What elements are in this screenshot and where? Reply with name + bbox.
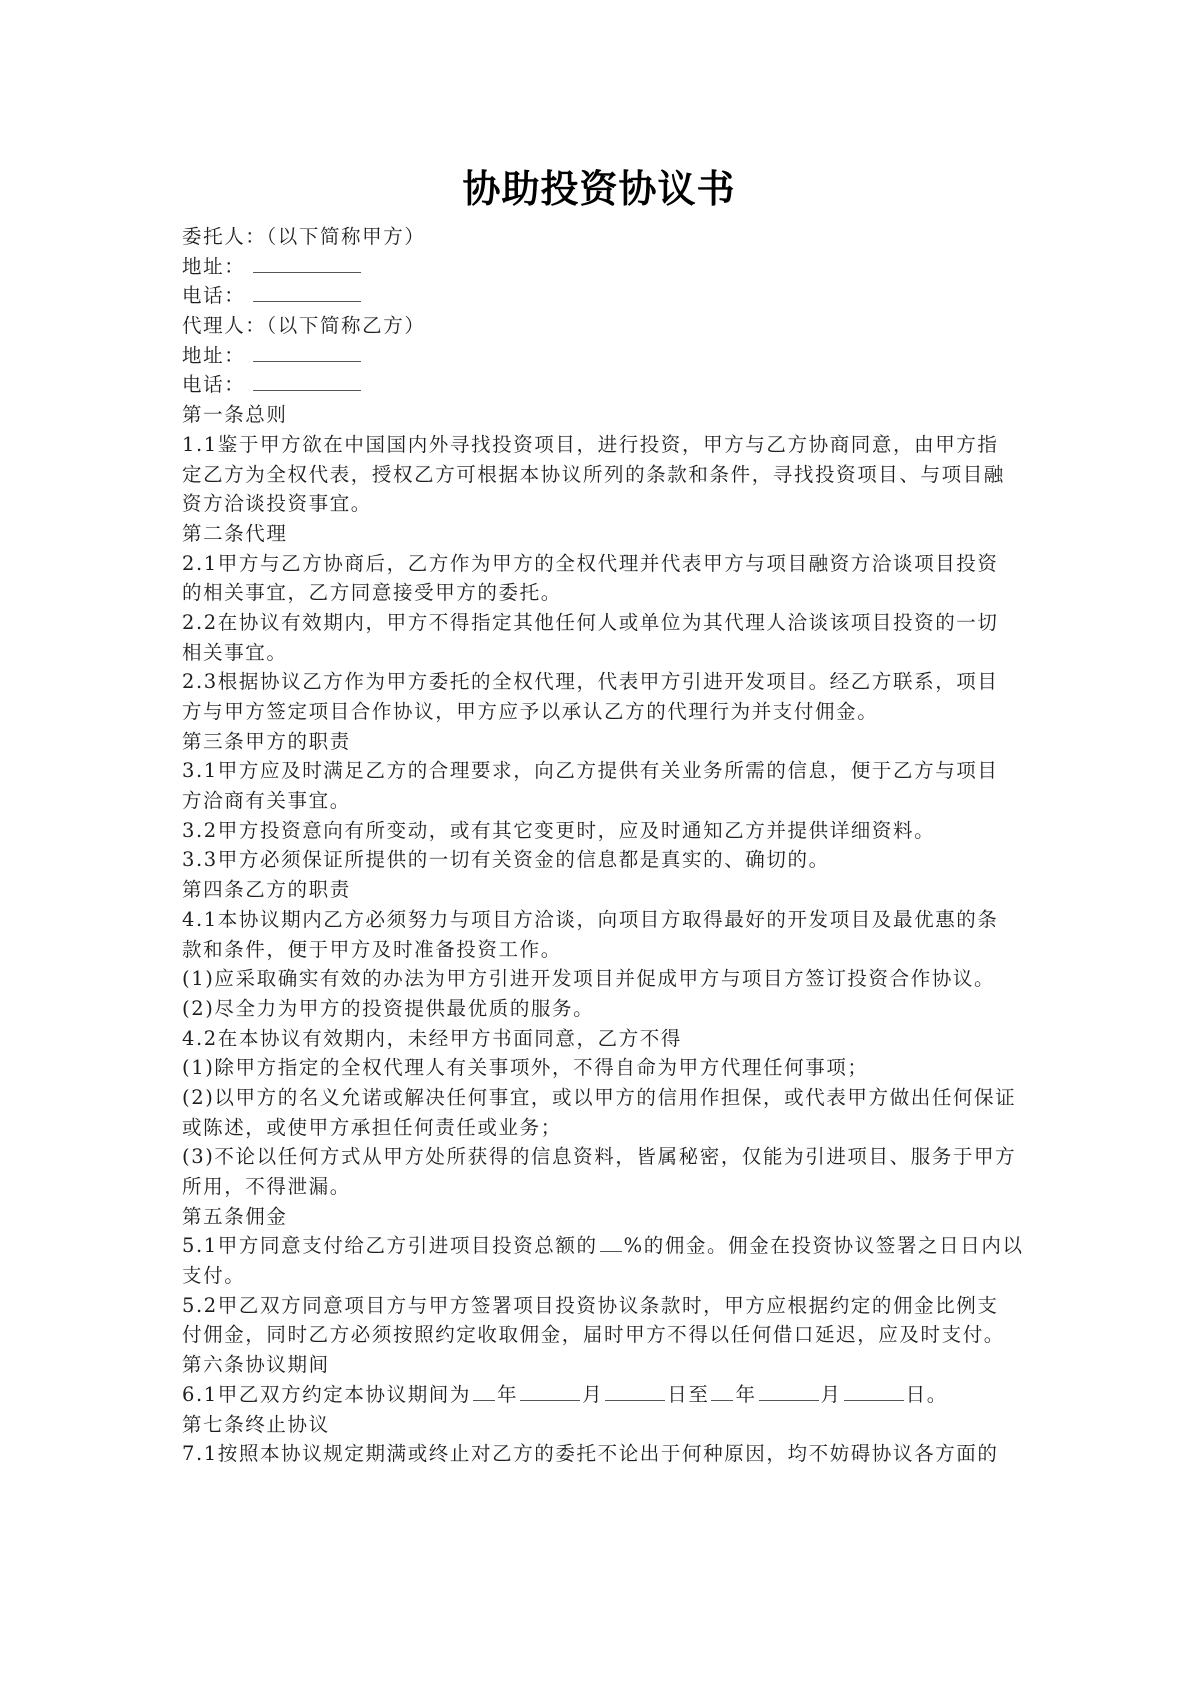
- agent-address-field: 地址：: [182, 341, 1022, 371]
- clause-4-1-item-2: (2)尽全力为甲方的投资提供最优质的服务。: [182, 994, 1022, 1024]
- clause-6-1-prefix: 6.1甲乙双方约定本协议期间为: [182, 1383, 471, 1406]
- principal-phone-field: 电话：: [182, 281, 1022, 311]
- clause-3-1-line-1: 3.1甲方应及时满足乙方的合理要求，向乙方提供有关业务所需的信息，便于乙方与项目: [182, 756, 1022, 786]
- section-heading-6: 第六条协议期间: [182, 1350, 1022, 1380]
- agent-phone-blank: [253, 372, 361, 391]
- clause-6-1: 6.1甲乙双方约定本协议期间为年月日至年月日。: [182, 1380, 1022, 1410]
- commission-percent-blank: [600, 1233, 622, 1252]
- section-heading-7: 第七条终止协议: [182, 1410, 1022, 1440]
- document-page: 协助投资协议书 委托人：（以下简称甲方） 地址： 电话： 代理人：（以下简称乙方…: [0, 0, 1190, 1683]
- agent-address-label: 地址：: [182, 344, 245, 367]
- section-heading-5: 第五条佣金: [182, 1202, 1022, 1232]
- day-to-label: 日至: [667, 1383, 709, 1406]
- clause-2-1-line-2: 的相关事宜，乙方同意接受甲方的委托。: [182, 578, 1022, 608]
- clause-4-1-item-1: (1)应采取确实有效的办法为甲方引进开发项目并促成甲方与项目方签订投资合作协议。: [182, 964, 1022, 994]
- principal-phone-label: 电话：: [182, 284, 245, 307]
- principal-address-field: 地址：: [182, 252, 1022, 282]
- clause-4-1-line-1: 4.1本协议期内乙方必须努力与项目方洽谈，向项目方取得最好的开发项目及最优惠的条: [182, 905, 1022, 935]
- agent-phone-label: 电话：: [182, 373, 245, 396]
- year-label: 年: [735, 1383, 756, 1406]
- clause-1-1-line-1: 1.1鉴于甲方欲在中国国内外寻找投资项目，进行投资，甲方与乙方协商同意，由甲方指: [182, 430, 1022, 460]
- clause-3-3: 3.3甲方必须保证所提供的一切有关资金的信息都是真实的、确切的。: [182, 845, 1022, 875]
- end-day-blank: [844, 1382, 904, 1401]
- clause-4-2-item-3-line-2: 所用，不得泄漏。: [182, 1172, 1022, 1202]
- clause-5-2-line-2: 付佣金，同时乙方必须按照约定收取佣金，届时甲方不得以任何借口延迟，应及时支付。: [182, 1320, 1022, 1350]
- clause-3-2: 3.2甲方投资意向有所变动，或有其它变更时，应及时通知乙方并提供详细资料。: [182, 816, 1022, 846]
- clause-5-1-line-2: 支付。: [182, 1261, 1022, 1291]
- section-heading-2: 第二条代理: [182, 519, 1022, 549]
- section-heading-4: 第四条乙方的职责: [182, 875, 1022, 905]
- clause-4-1-line-2: 款和条件，便于甲方及时准备投资工作。: [182, 935, 1022, 965]
- clause-1-1-line-3: 资方洽谈投资事宜。: [182, 489, 1022, 519]
- month-label: 月: [582, 1383, 603, 1406]
- document-body: 委托人：（以下简称甲方） 地址： 电话： 代理人：（以下简称乙方） 地址： 电话…: [182, 222, 1022, 1469]
- clause-5-1-after: %的佣金。佣金在投资协议签署之日日内以: [624, 1234, 1024, 1257]
- agent-phone-field: 电话：: [182, 370, 1022, 400]
- month-label: 月: [821, 1383, 842, 1406]
- clause-2-2-line-1: 2.2在协议有效期内，甲方不得指定其他任何人或单位为其代理人洽谈该项目投资的一切: [182, 608, 1022, 638]
- clause-7-1-line-1: 7.1按照本协议规定期满或终止对乙方的委托不论出于何种原因，均不妨碍协议各方面的: [182, 1439, 1022, 1469]
- clause-1-1-line-2: 定乙方为全权代表，授权乙方可根据本协议所列的条款和条件，寻找投资项目、与项目融: [182, 460, 1022, 490]
- end-month-blank: [759, 1382, 819, 1401]
- clause-2-1-line-1: 2.1甲方与乙方协商后，乙方作为甲方的全权代理并代表甲方与项目融资方洽谈项目投资: [182, 549, 1022, 579]
- clause-5-1-before: 5.1甲方同意支付给乙方引进项目投资总额的: [182, 1234, 598, 1257]
- clause-4-2-item-2-line-1: (2)以甲方的名义允诺或解决任何事宜，或以甲方的信用作担保，或代表甲方做出任何保…: [182, 1083, 1022, 1113]
- document-title: 协助投资协议书: [0, 164, 1190, 214]
- principal-address-label: 地址：: [182, 255, 245, 278]
- start-year-blank: [473, 1382, 495, 1401]
- day-label: 日。: [906, 1383, 948, 1406]
- end-year-blank: [711, 1382, 733, 1401]
- agent-address-blank: [253, 343, 361, 362]
- clause-2-3-line-1: 2.3根据协议乙方作为甲方委托的全权代理，代表甲方引进开发项目。经乙方联系，项目: [182, 667, 1022, 697]
- clause-4-2: 4.2在本协议有效期内，未经甲方书面同意，乙方不得: [182, 1024, 1022, 1054]
- start-month-blank: [520, 1382, 580, 1401]
- clause-4-2-item-2-line-2: 或陈述，或使甲方承担任何责任或业务；: [182, 1113, 1022, 1143]
- clause-5-2-line-1: 5.2甲乙双方同意项目方与甲方签署项目投资协议条款时，甲方应根据约定的佣金比例支: [182, 1291, 1022, 1321]
- clause-5-1-line-1: 5.1甲方同意支付给乙方引进项目投资总额的%的佣金。佣金在投资协议签署之日日内以: [182, 1231, 1022, 1261]
- year-label: 年: [497, 1383, 518, 1406]
- clause-2-2-line-2: 相关事宜。: [182, 638, 1022, 668]
- clause-3-1-line-2: 方洽商有关事宜。: [182, 786, 1022, 816]
- principal-address-blank: [253, 254, 361, 273]
- start-day-blank: [605, 1382, 665, 1401]
- clause-2-3-line-2: 方与甲方签定项目合作协议，甲方应予以承认乙方的代理行为并支付佣金。: [182, 697, 1022, 727]
- section-heading-3: 第三条甲方的职责: [182, 727, 1022, 757]
- section-heading-1: 第一条总则: [182, 400, 1022, 430]
- principal-phone-blank: [253, 283, 361, 302]
- clause-4-2-item-3-line-1: (3)不论以任何方式从甲方处所获得的信息资料，皆属秘密，仅能为引进项目、服务于甲…: [182, 1142, 1022, 1172]
- agent-label: 代理人：（以下简称乙方）: [182, 311, 1022, 341]
- principal-label: 委托人：（以下简称甲方）: [182, 222, 1022, 252]
- clause-4-2-item-1: (1)除甲方指定的全权代理人有关事项外，不得自命为甲方代理任何事项；: [182, 1053, 1022, 1083]
